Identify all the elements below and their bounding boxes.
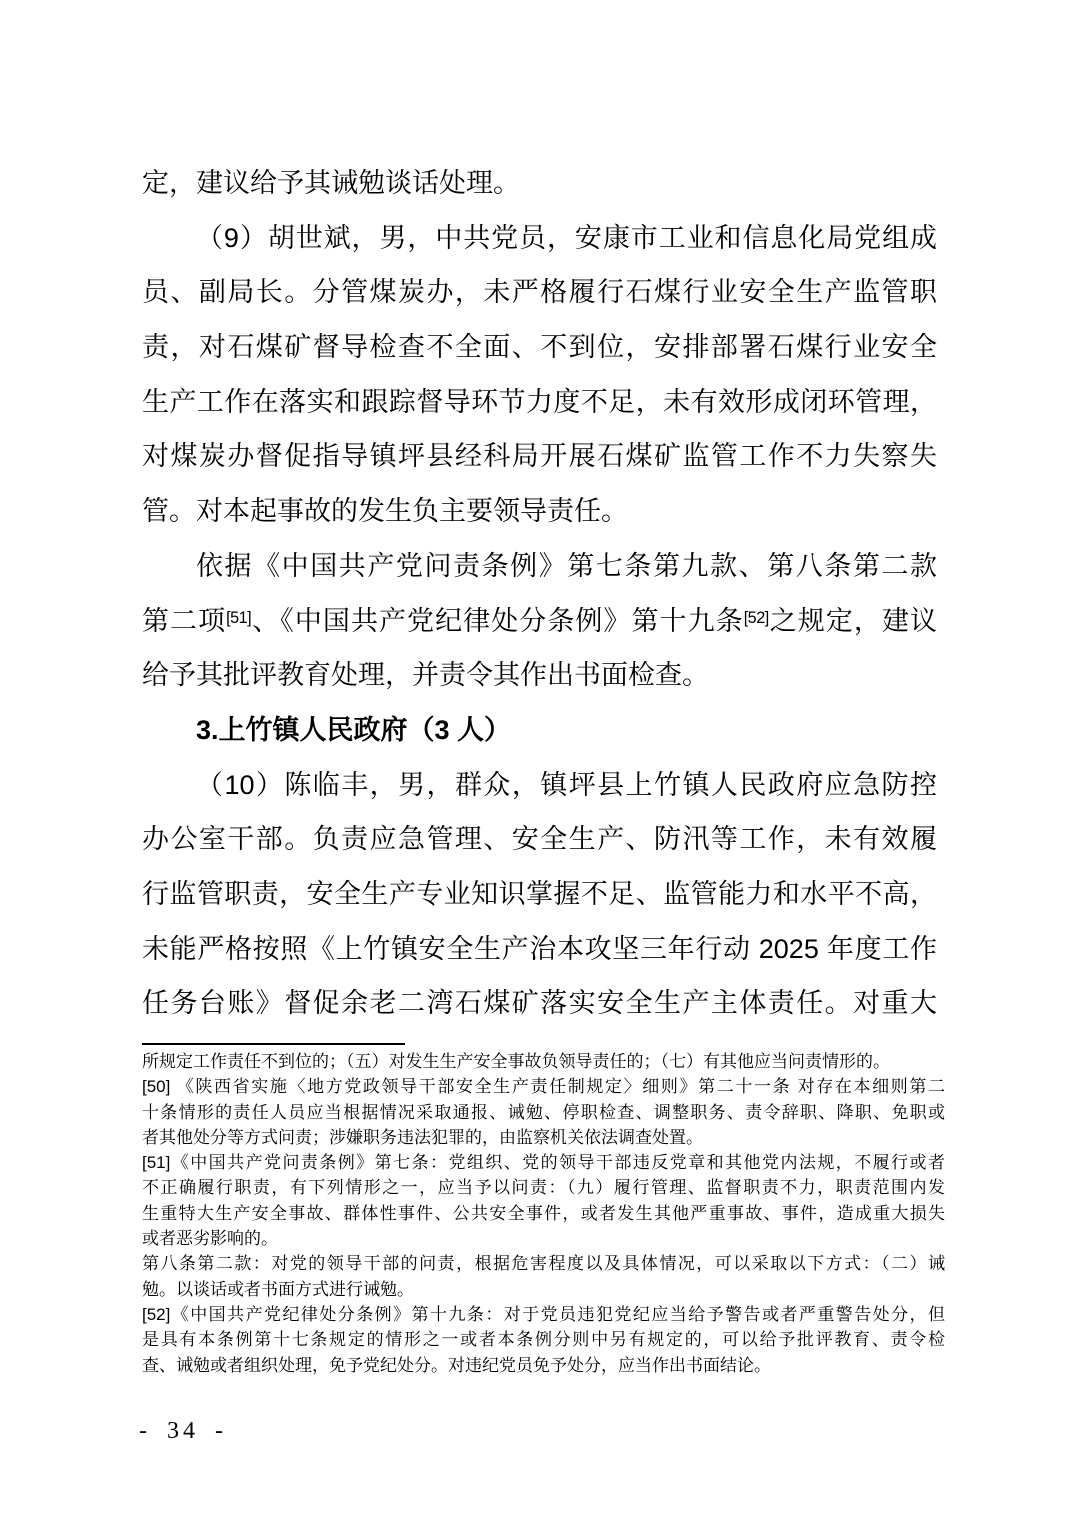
footnote-line: 勉。以谈话或者书面方式进行诫勉。 [142,1277,945,1302]
footnote-line: [50] 《陕西省实施〈地方党政领导干部安全生产责任制规定〉细则》第二十一条 对… [142,1074,945,1099]
footnote-line: 者其他处分等方式问责；涉嫌职务违法犯罪的，由监察机关依法调查处置。 [142,1125,945,1150]
footnote-separator [142,1043,405,1045]
footnote-line: 或者恶劣影响的。 [142,1226,945,1251]
footnote-line: 生重特大生产安全事故、群体性事件、公共安全事件，或者发生其他严重事故、事件，造成… [142,1201,945,1226]
body-line: （9）胡世斌，男，中共党员，安康市工业和信息化局党组成 [142,211,937,266]
body-line: 对煤炭办督促指导镇坪县经科局开展石煤矿监管工作不力失察失 [142,429,937,484]
footnote-line: 不正确履行职责，有下列情形之一，应当予以问责：（九）履行管理、监督职责不力，职责… [142,1175,945,1200]
footnote-ref: [52] [744,609,769,627]
body-line: （10）陈临丰，男，群众，镇坪县上竹镇人民政府应急防控 [142,758,937,813]
text-segment: 第二项 [142,606,226,636]
body-line: 任务台账》督促余老二湾石煤矿落实安全生产主体责任。对重大 [142,976,937,1031]
text-segment: 、《中国共产党纪律处分条例》第十九条 [251,606,744,636]
body-line: 第二项[51]、《中国共产党纪律处分条例》第十九条[52]之规定，建议 [142,594,937,649]
body-line: 责，对石煤矿督导检查不全面、不到位，安排部署石煤行业安全 [142,320,937,375]
body-line: 依据《中国共产党问责条例》第七条第九款、第八条第二款 [142,539,937,594]
page-number: - 34 - [139,1418,227,1445]
body-line: 生产工作在落实和跟踪督导环节力度不足，未有效形成闭环管理， [142,375,937,430]
body-text-block: 定，建议给予其诫勉谈话处理。（9）胡世斌，男，中共党员，安康市工业和信息化局党组… [142,156,937,1031]
body-line: 管。对本起事故的发生负主要领导责任。 [142,484,937,539]
footnote-line: 查、诫勉或者组织处理，免予党纪处分。对违纪党员免予处分，应当作出书面结论。 [142,1353,945,1378]
footnote-line: 是具有本条例第十七条规定的情形之一或者本条例分则中另有规定的，可以给予批评教育、… [142,1327,945,1352]
body-line: 定，建议给予其诫勉谈话处理。 [142,156,937,211]
footnote-line: 十条情形的责任人员应当根据情况采取通报、诫勉、停职检查、调整职务、责令辞职、降职… [142,1100,945,1125]
footnote-line: [52]《中国共产党纪律处分条例》第十九条：对于党员违犯党纪应当给予警告或者严重… [142,1302,945,1327]
document-page: 定，建议给予其诫勉谈话处理。（9）胡世斌，男，中共党员，安康市工业和信息化局党组… [0,0,1074,1518]
body-line: 给予其批评教育处理，并责令其作出书面检查。 [142,648,937,703]
footnote-line: 第八条第二款：对党的领导干部的问责，根据危害程度以及具体情况，可以采取以下方式：… [142,1251,945,1276]
body-line: 3.上竹镇人民政府（3 人） [142,703,937,758]
footnote-ref: [51] [226,609,251,627]
footnote-line: 所规定工作责任不到位的；（五）对发生生产安全事故负领导责任的；（七）有其他应当问… [142,1049,945,1074]
body-line: 员、副局长。分管煤炭办，未严格履行石煤行业安全生产监管职 [142,265,937,320]
footnotes-block: 所规定工作责任不到位的；（五）对发生生产安全事故负领导责任的；（七）有其他应当问… [142,1049,945,1378]
body-line: 行监管职责，安全生产专业知识掌握不足、监管能力和水平不高， [142,867,937,922]
footnote-line: [51]《中国共产党问责条例》第七条：党组织、党的领导干部违反党章和其他党内法规… [142,1150,945,1175]
text-segment: 之规定，建议 [769,606,937,636]
body-line: 未能严格按照《上竹镇安全生产治本攻坚三年行动 2025 年度工作 [142,922,937,977]
body-line: 办公室干部。负责应急管理、安全生产、防汛等工作，未有效履 [142,812,937,867]
